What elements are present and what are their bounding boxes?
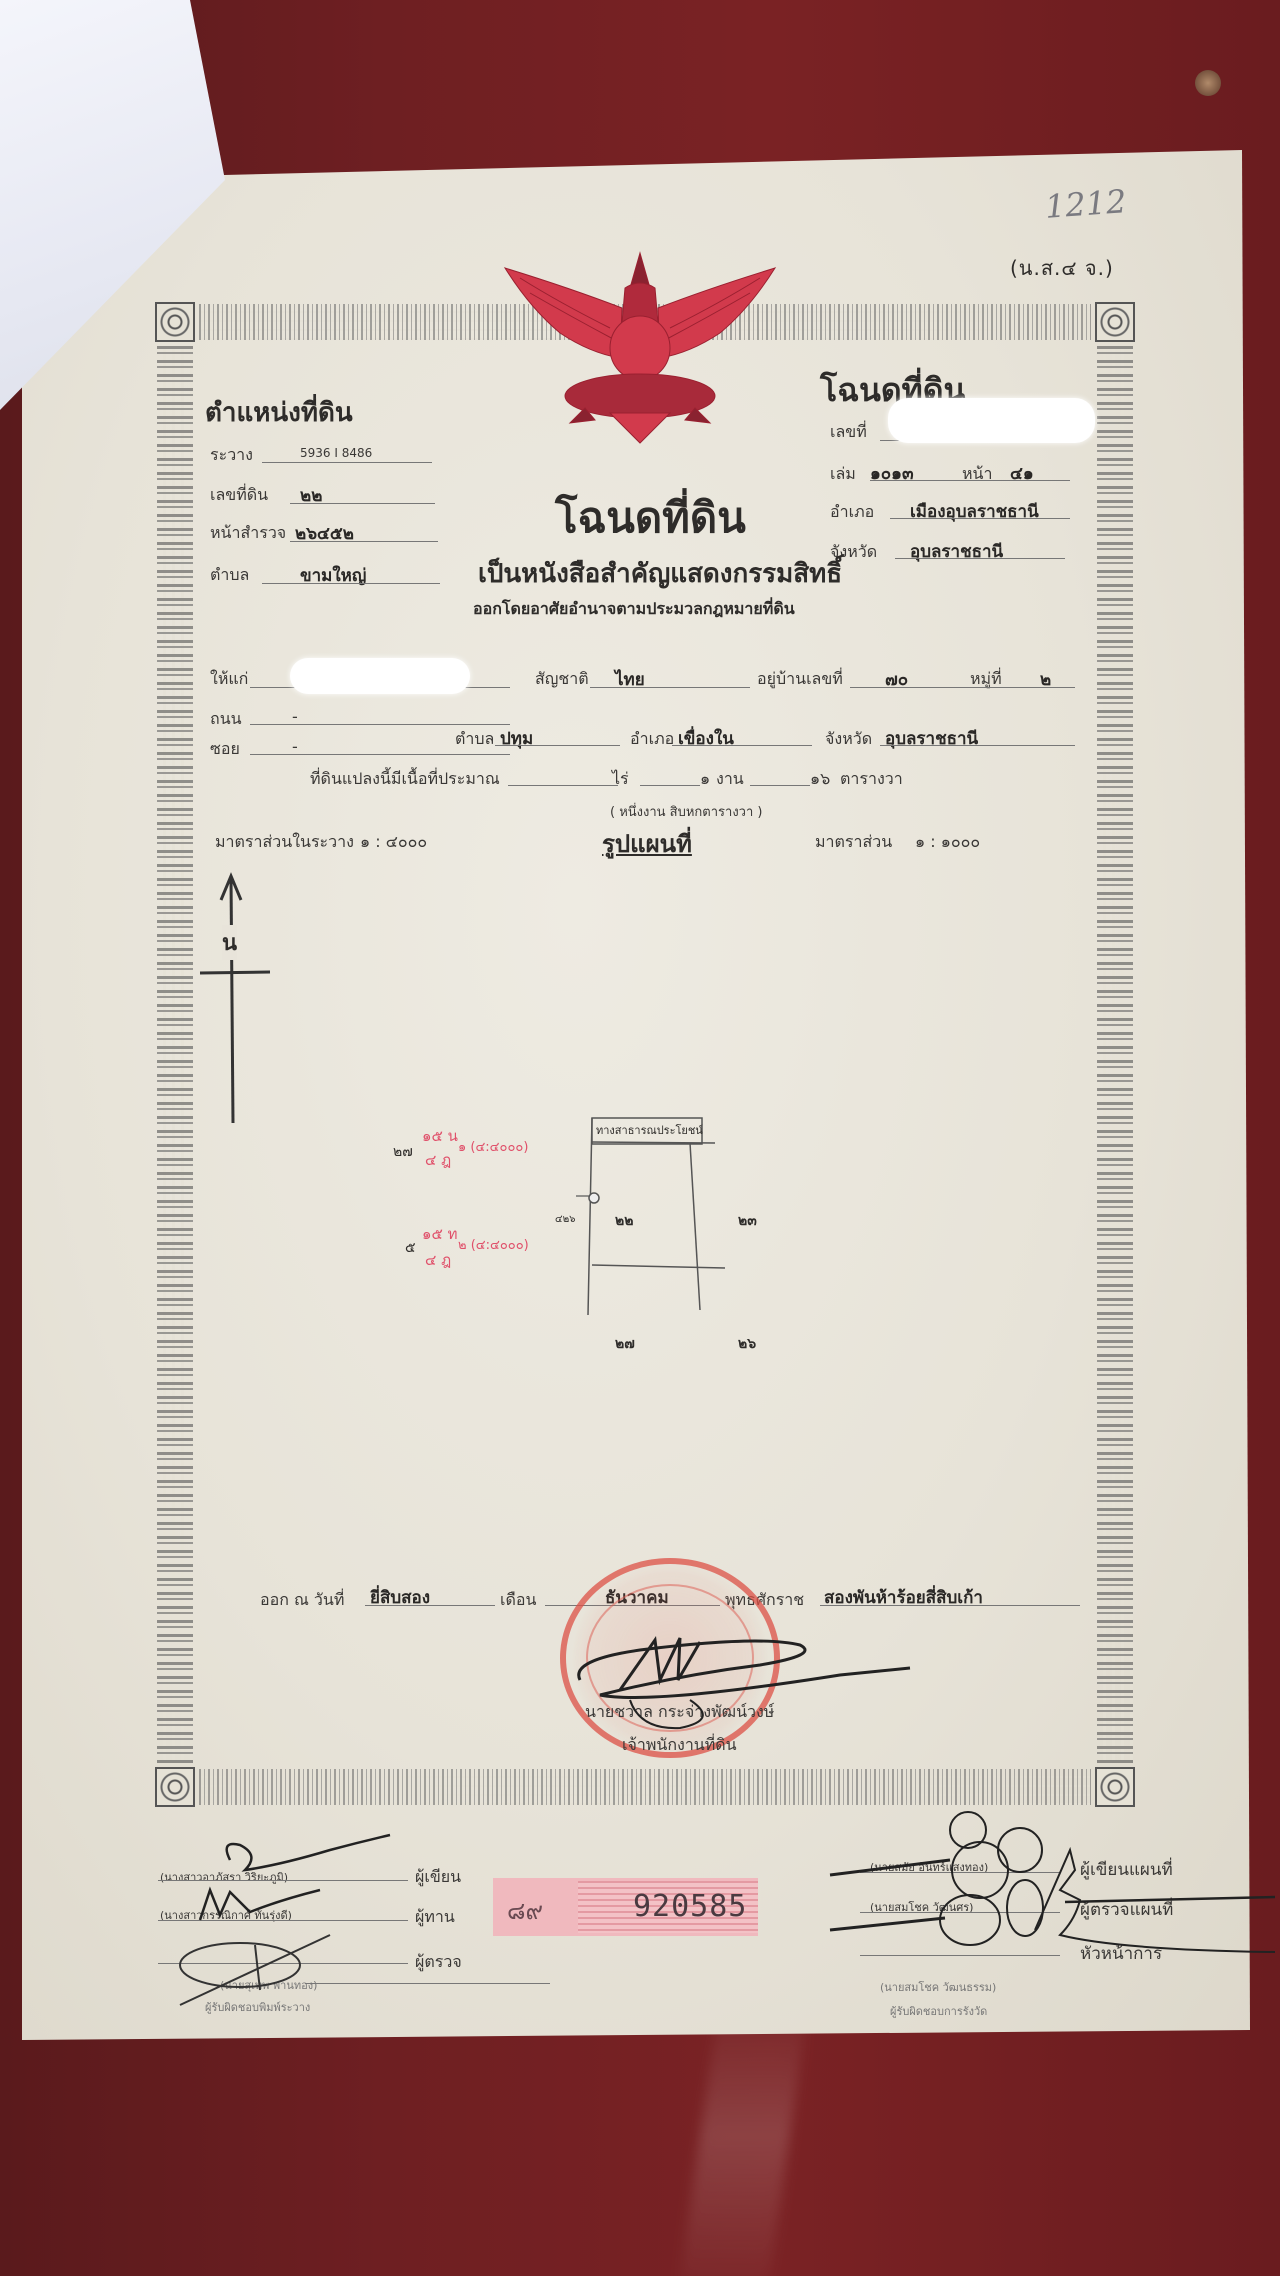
nationality-value: ไทย bbox=[615, 666, 645, 693]
moo-label: หมู่ที่ bbox=[970, 667, 1002, 692]
owner-subdistrict-value: ปทุม bbox=[500, 725, 533, 752]
redacted-owner-name bbox=[290, 658, 470, 694]
ref2-top: ๑๕ ท bbox=[422, 1222, 458, 1246]
road-label-plan: ทางสาธารณประโยชน์ bbox=[596, 1121, 703, 1139]
border-band-right bbox=[1097, 346, 1133, 1763]
land-number-value: ๒๒ bbox=[300, 482, 322, 509]
serial-prefix: ๘๙ bbox=[507, 1891, 543, 1930]
underline bbox=[290, 541, 438, 542]
serial-number: 920585 bbox=[633, 1889, 747, 1924]
underline bbox=[590, 687, 750, 688]
underline bbox=[365, 1605, 495, 1606]
ngan-value: ๑ bbox=[700, 767, 710, 792]
handwritten-number: 1212 bbox=[1044, 182, 1128, 226]
ref2-grid: ๒ (๔:๔๐๐๐) bbox=[458, 1234, 529, 1255]
document-title: โฉนดที่ดิน bbox=[555, 485, 746, 551]
underline bbox=[262, 583, 440, 584]
underline bbox=[250, 724, 510, 725]
parcel-southeast-number: ๒๖ bbox=[738, 1333, 756, 1355]
ngan-unit: งาน bbox=[716, 767, 744, 792]
underline bbox=[895, 558, 1065, 559]
plan-title: รูปแผนที่ bbox=[602, 824, 692, 863]
deed-province-value: อุบลราชธานี bbox=[910, 538, 1003, 565]
underline bbox=[820, 1605, 1080, 1606]
garuda-emblem-icon bbox=[500, 248, 780, 448]
parcel-south-number: ๒๗ bbox=[615, 1333, 635, 1355]
survey-officer-name: (นายสมโชค วัฒนธรรม) bbox=[880, 1978, 996, 1996]
owner-province-value: อุบลราชธานี bbox=[885, 725, 978, 752]
parcel-main-number: ๒๒ bbox=[615, 1210, 633, 1232]
north-arrow-icon bbox=[190, 868, 270, 1128]
underline bbox=[495, 745, 620, 746]
pushpin bbox=[1195, 70, 1221, 96]
boundary-mark-label: ๔๒๖ bbox=[555, 1212, 576, 1227]
underline bbox=[890, 518, 1070, 519]
subdistrict-label: ตำบล bbox=[210, 563, 249, 588]
underline bbox=[672, 745, 812, 746]
volume-label: เล่ม bbox=[830, 462, 856, 487]
owner-district-value: เขื่องใน bbox=[678, 725, 734, 752]
redacted-deed-number bbox=[888, 398, 1095, 443]
land-location-heading: ตำแหน่งที่ดิน bbox=[205, 392, 353, 433]
rai-unit: ไร่ bbox=[612, 767, 629, 792]
subdistrict-value: ขามใหญ่ bbox=[300, 562, 366, 589]
document-subtitle: เป็นหนังสือสำคัญแสดงกรรมสิทธิ์ bbox=[478, 553, 842, 594]
ref1-number: ๒๗ bbox=[393, 1141, 413, 1163]
page-label: หน้า bbox=[962, 462, 992, 487]
underline bbox=[640, 785, 700, 786]
border-band-left bbox=[157, 346, 193, 1763]
survey-officer-title: ผู้รับผิดชอบการรังวัด bbox=[890, 2002, 987, 2020]
area-in-words: ( หนึ่งงาน สิบหกตารางวา ) bbox=[610, 801, 762, 822]
corner-ornament-icon bbox=[1095, 302, 1135, 342]
underline bbox=[750, 785, 810, 786]
owner-province-label: จังหวัด bbox=[825, 727, 872, 752]
issue-day-value: ยี่สิบสอง bbox=[370, 1584, 430, 1611]
owner-district-label: อำเภอ bbox=[630, 727, 674, 752]
house-number-label: อยู่บ้านเลขที่ bbox=[757, 667, 843, 692]
underline bbox=[880, 745, 1075, 746]
underline bbox=[250, 754, 510, 755]
underline bbox=[290, 503, 435, 504]
nationality-label: สัญชาติ bbox=[535, 667, 589, 692]
wa-unit: ตารางวา bbox=[840, 767, 903, 792]
volume-value: ๑๐๑๓ bbox=[870, 460, 914, 487]
plan-scale-label: มาตราส่วน bbox=[815, 830, 892, 855]
parcel-plan-drawing bbox=[570, 1110, 840, 1330]
reviewer-role: ผู้ทาน bbox=[415, 1905, 455, 1930]
serial-number-box: ๘๙ 920585 bbox=[493, 1878, 758, 1936]
underline bbox=[850, 687, 1075, 688]
underline bbox=[508, 785, 618, 786]
plan-scale-value: ๑ : ๑๐๐๐ bbox=[915, 830, 980, 855]
moo-value: ๒ bbox=[1040, 666, 1051, 693]
form-code: (น.ส.๔ จ.) bbox=[1010, 252, 1114, 284]
month-label: เดือน bbox=[500, 1588, 536, 1613]
north-label: น bbox=[222, 925, 237, 960]
bottom-right-signatures bbox=[820, 1790, 1280, 1965]
survey-page-value: ๒๖๔๕๒ bbox=[295, 520, 354, 547]
document-legal-basis: ออกโดยอาศัยอำนาจตามประมวลกฎหมายที่ดิน bbox=[473, 597, 795, 622]
writer-role: ผู้เขียน bbox=[415, 1865, 461, 1890]
inspector-role: ผู้ตรวจ bbox=[415, 1950, 462, 1975]
map-scale-value: ๑ : ๔๐๐๐ bbox=[360, 830, 427, 855]
issued-at-label: ออก ณ วันที่ bbox=[260, 1588, 344, 1613]
deed-district-label: อำเภอ bbox=[830, 500, 874, 525]
road-label: ถนน bbox=[210, 707, 242, 732]
page-value: ๔๑ bbox=[1010, 460, 1034, 487]
land-number-label: เลขที่ดิน bbox=[210, 483, 268, 508]
area-label: ที่ดินแปลงนี้มีเนื้อที่ประมาณ bbox=[310, 767, 500, 792]
year-value: สองพันห้าร้อยสี่สิบเก้า bbox=[824, 1584, 983, 1611]
ref1-bottom: ๔ ฎ bbox=[425, 1148, 451, 1172]
survey-page-label: หน้าสำรวจ bbox=[210, 521, 286, 546]
given-to-label: ให้แก่ bbox=[210, 667, 248, 692]
house-number-value: ๗๐ bbox=[885, 666, 908, 693]
corner-ornament-icon bbox=[155, 1767, 195, 1807]
corner-ornament-icon bbox=[155, 302, 195, 342]
map-scale-label: มาตราส่วนในระวาง bbox=[215, 830, 354, 855]
wa-value: ๑๖ bbox=[810, 767, 830, 792]
owner-subdistrict-label: ตำบล bbox=[455, 727, 494, 752]
bottom-left-signatures bbox=[160, 1830, 400, 2005]
map-sheet-value: 5936 I 8486 bbox=[300, 446, 372, 460]
officer-signature bbox=[560, 1620, 920, 1740]
deed-district-value: เมืองอุบลราชธานี bbox=[910, 498, 1039, 525]
ref2-number: ๕ bbox=[405, 1237, 416, 1259]
ref1-grid: ๑ (๔:๔๐๐๐) bbox=[458, 1136, 528, 1157]
deed-number-label: เลขที่ bbox=[830, 420, 867, 445]
ref2-bottom: ๔ ฎ bbox=[425, 1248, 451, 1272]
soi-label: ซอย bbox=[210, 737, 240, 762]
underline bbox=[262, 462, 432, 463]
map-sheet-label: ระวาง bbox=[210, 443, 253, 468]
ref1-top: ๑๕ น bbox=[422, 1124, 458, 1148]
parcel-east-number: ๒๓ bbox=[738, 1210, 757, 1232]
underline bbox=[870, 480, 1070, 481]
